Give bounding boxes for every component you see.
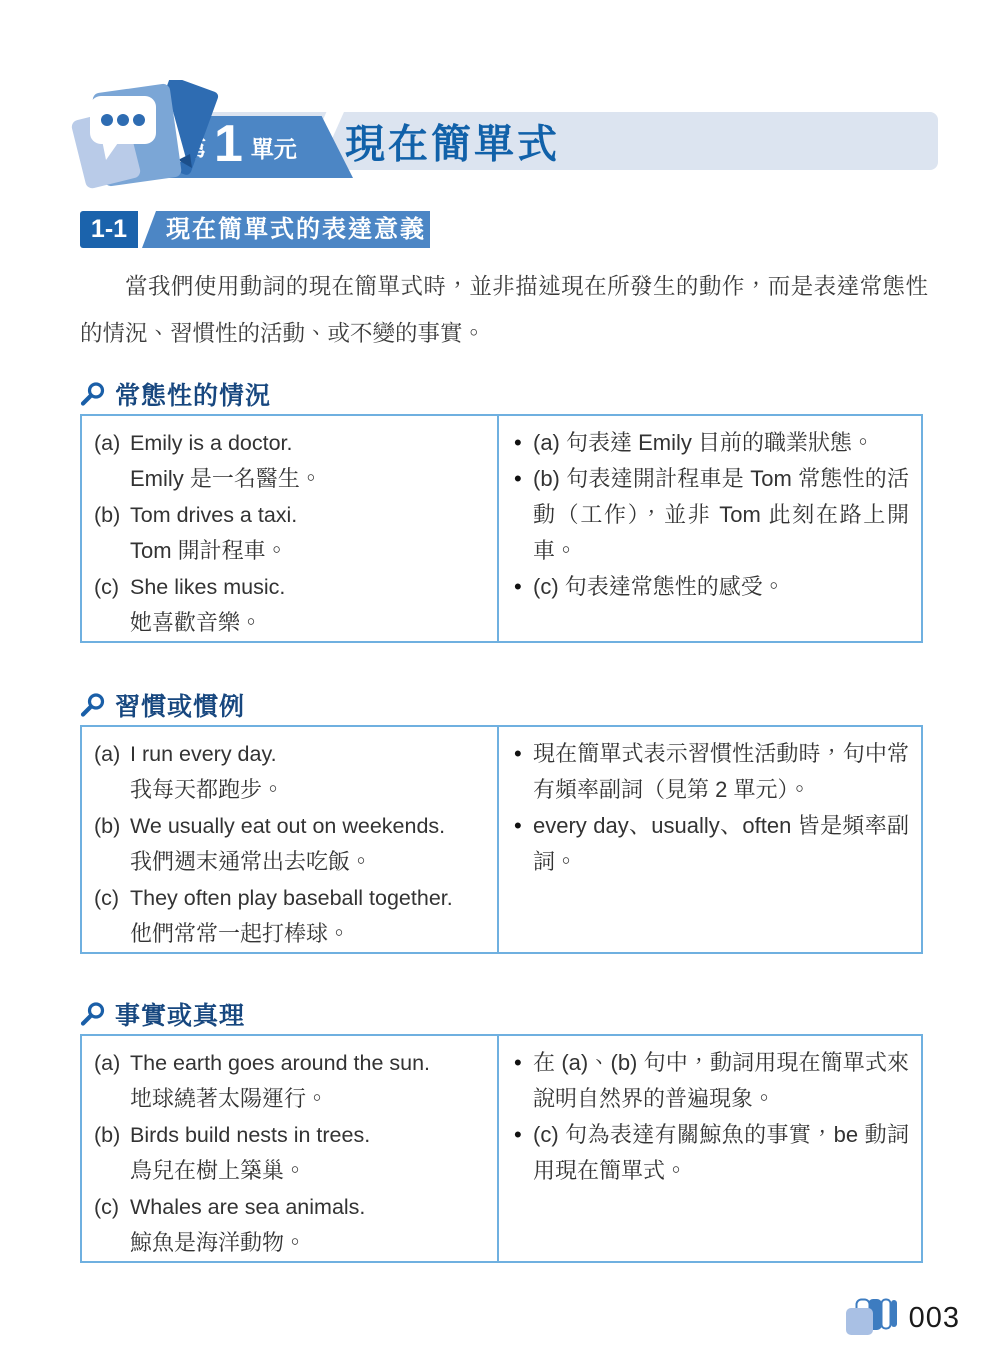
example-label: (a) bbox=[94, 425, 130, 461]
example-chinese: 鯨魚是海洋動物。 bbox=[130, 1225, 491, 1261]
notes-column: 現在簡單式表示習慣性活動時，句中常有頻率副詞（見第 2 單元）。 every d… bbox=[497, 727, 921, 952]
example-chinese: Tom 開計程車。 bbox=[130, 533, 491, 569]
example-label: (c) bbox=[94, 880, 130, 916]
example-english: She likes music. bbox=[130, 569, 491, 605]
example-english: We usually eat out on weekends. bbox=[130, 808, 491, 844]
subsection-heading-text: 習慣或慣例 bbox=[115, 687, 245, 723]
subsection-heading: 常態性的情況 bbox=[80, 378, 925, 410]
examples-column: (a) The earth goes around the sun. 地球繞著太… bbox=[82, 1036, 497, 1261]
note-item: 現在簡單式表示習慣性活動時，句中常有頻率副詞（見第 2 單元）。 bbox=[512, 736, 909, 808]
subsection-facts: 事實或真理 (a) The earth goes around the sun.… bbox=[80, 998, 925, 1263]
example-label: (b) bbox=[94, 1117, 130, 1153]
note-item: (b) 句表達開計程車是 Tom 常態性的活動（工作），並非 Tom 此刻在路上… bbox=[512, 461, 909, 569]
subsection-normal-states: 常態性的情況 (a) Emily is a doctor. Emily 是一名醫… bbox=[80, 378, 925, 643]
magnifier-icon bbox=[80, 1001, 106, 1027]
subsection-heading: 習慣或慣例 bbox=[80, 689, 925, 721]
example-chinese: 她喜歡音樂。 bbox=[130, 605, 491, 641]
note-item: every day、usually、often 皆是頻率副詞。 bbox=[512, 808, 909, 880]
subsection-heading: 事實或真理 bbox=[80, 998, 925, 1030]
example-chinese: 地球繞著太陽運行。 bbox=[130, 1081, 491, 1117]
example-english: Whales are sea animals. bbox=[130, 1189, 491, 1225]
section-number: 1-1 bbox=[80, 211, 138, 248]
example-label: (c) bbox=[94, 1189, 130, 1225]
example-english: Tom drives a taxi. bbox=[130, 497, 491, 533]
example-label: (c) bbox=[94, 569, 130, 605]
textbook-page: 現在簡單式 第 1 單元 1-1 現在簡單式的表達意義 當我們使用動詞的現 bbox=[0, 0, 1000, 1369]
section-title: 現在簡單式的表達意義 bbox=[142, 211, 430, 248]
example-table: (a) I run every day. 我每天都跑步。 (b) We usua… bbox=[80, 725, 923, 954]
page-number: 003 bbox=[909, 1302, 960, 1335]
example-item: (a) I run every day. 我每天都跑步。 bbox=[94, 736, 491, 808]
example-item: (b) Tom drives a taxi. Tom 開計程車。 bbox=[94, 497, 491, 569]
example-chinese: 我每天都跑步。 bbox=[130, 772, 491, 808]
notebook-chat-icon bbox=[70, 80, 228, 192]
subsection-heading-text: 事實或真理 bbox=[115, 996, 245, 1032]
example-item: (c) They often play baseball together. 他… bbox=[94, 880, 491, 952]
example-item: (c) She likes music. 她喜歡音樂。 bbox=[94, 569, 491, 641]
intro-paragraph: 當我們使用動詞的現在簡單式時，並非描述現在所發生的動作，而是表達常態性的情況、習… bbox=[80, 263, 928, 357]
book-pages-icon bbox=[844, 1297, 900, 1339]
notes-column: 在 (a)、(b) 句中，動詞用現在簡單式來說明自然界的普遍現象。 (c) 句為… bbox=[497, 1036, 921, 1261]
example-table: (a) Emily is a doctor. Emily 是一名醫生。 (b) … bbox=[80, 414, 923, 643]
example-english: They often play baseball together. bbox=[130, 880, 491, 916]
example-chinese: 我們週末通常出去吃飯。 bbox=[130, 844, 491, 880]
examples-column: (a) Emily is a doctor. Emily 是一名醫生。 (b) … bbox=[82, 416, 497, 641]
notes-column: (a) 句表達 Emily 目前的職業狀態。 (b) 句表達開計程車是 Tom … bbox=[497, 416, 921, 641]
magnifier-icon bbox=[80, 381, 106, 407]
subsection-habits: 習慣或慣例 (a) I run every day. 我每天都跑步。 (b) bbox=[80, 689, 925, 954]
example-item: (a) Emily is a doctor. Emily 是一名醫生。 bbox=[94, 425, 491, 497]
example-chinese: 他們常常一起打棒球。 bbox=[130, 916, 491, 952]
note-item: (c) 句為表達有關鯨魚的事實，be 動詞用現在簡單式。 bbox=[512, 1117, 909, 1189]
subsection-heading-text: 常態性的情況 bbox=[115, 376, 271, 412]
example-label: (b) bbox=[94, 808, 130, 844]
examples-column: (a) I run every day. 我每天都跑步。 (b) We usua… bbox=[82, 727, 497, 952]
example-item: (b) We usually eat out on weekends. 我們週末… bbox=[94, 808, 491, 880]
example-item: (a) The earth goes around the sun. 地球繞著太… bbox=[94, 1045, 491, 1117]
example-label: (a) bbox=[94, 1045, 130, 1081]
example-label: (b) bbox=[94, 497, 130, 533]
example-table: (a) The earth goes around the sun. 地球繞著太… bbox=[80, 1034, 923, 1263]
page-footer: 003 bbox=[844, 1297, 960, 1339]
note-item: (c) 句表達常態性的感受。 bbox=[512, 569, 909, 605]
section-header: 1-1 現在簡單式的表達意義 bbox=[80, 211, 925, 248]
magnifier-icon bbox=[80, 692, 106, 718]
example-item: (c) Whales are sea animals. 鯨魚是海洋動物。 bbox=[94, 1189, 491, 1261]
example-english: Birds build nests in trees. bbox=[130, 1117, 491, 1153]
example-chinese: Emily 是一名醫生。 bbox=[130, 461, 491, 497]
note-item: 在 (a)、(b) 句中，動詞用現在簡單式來說明自然界的普遍現象。 bbox=[512, 1045, 909, 1117]
note-item: (a) 句表達 Emily 目前的職業狀態。 bbox=[512, 425, 909, 461]
page-content: 1-1 現在簡單式的表達意義 當我們使用動詞的現在簡單式時，並非描述現在所發生的… bbox=[80, 211, 925, 1263]
example-label: (a) bbox=[94, 736, 130, 772]
example-chinese: 鳥兒在樹上築巢。 bbox=[130, 1153, 491, 1189]
example-english: I run every day. bbox=[130, 736, 491, 772]
example-english: The earth goes around the sun. bbox=[130, 1045, 491, 1081]
unit-title: 現在簡單式 bbox=[345, 113, 560, 170]
example-english: Emily is a doctor. bbox=[130, 425, 491, 461]
example-item: (b) Birds build nests in trees. 鳥兒在樹上築巢。 bbox=[94, 1117, 491, 1189]
unit-suffix: 單元 bbox=[251, 131, 297, 164]
